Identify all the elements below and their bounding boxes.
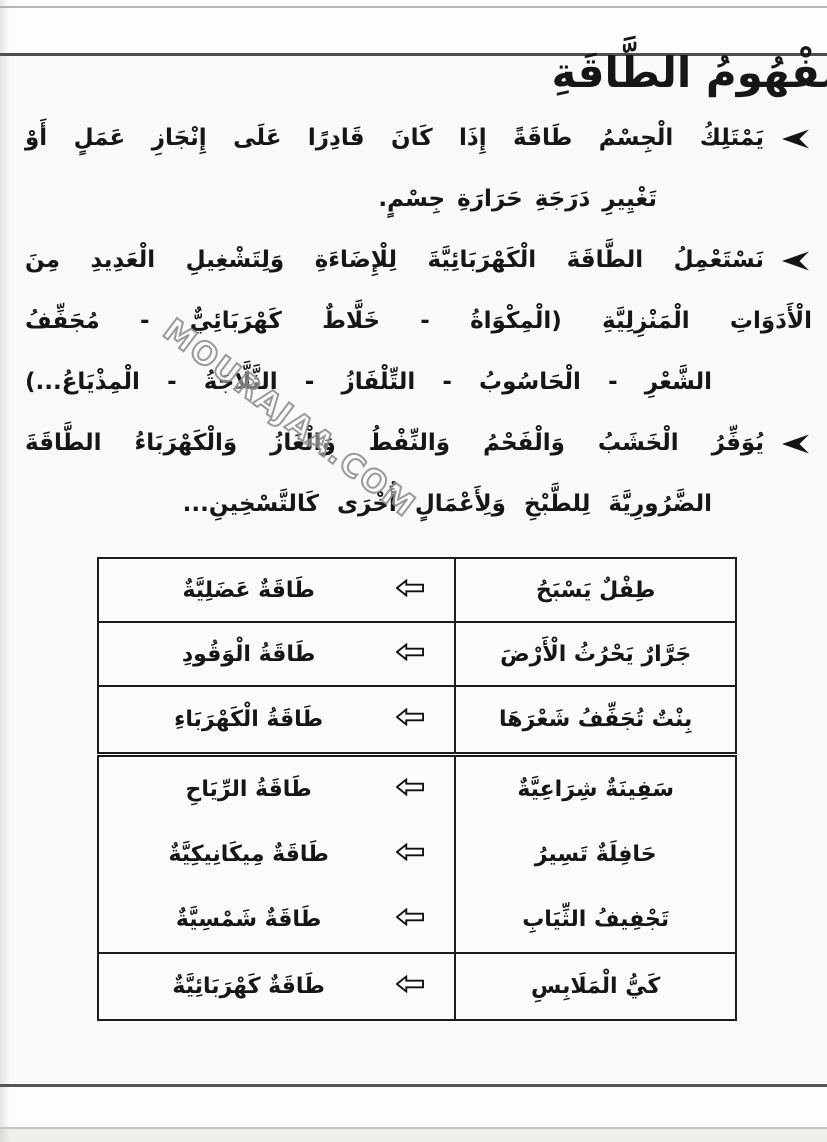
bullet-line: نَسْتَعْمِلُ الطَّاقَةَ الْكَهْرَبَائِيَ… xyxy=(25,230,812,291)
bullet-item-electric-uses: نَسْتَعْمِلُ الطَّاقَةَ الْكَهْرَبَائِيَ… xyxy=(25,230,812,413)
table-row: طِفْلٌ يَسْبَحُ طَاقَةٌ عَضَلِيَّةٌ xyxy=(98,558,736,622)
bullet-line: تَغْيِيرِ دَرَجَةِ حَرَارَةِ جِسْمٍ. xyxy=(25,169,812,230)
energy-text: طَاقَةٌ عَضَلِيَّةٌ xyxy=(109,578,388,603)
footer-rule-thick xyxy=(0,1084,827,1087)
activity-cell: كَيُّ الْمَلَابِسِ xyxy=(455,953,736,1020)
hollow-left-arrow-icon xyxy=(396,707,424,732)
bullet-item-energy-sources: يُوَفِّرُ الْخَشَبُ وَالْفَحْمُ وَالنِّف… xyxy=(25,413,812,535)
hollow-left-arrow-icon xyxy=(396,907,424,932)
arrowhead-left-icon xyxy=(782,128,810,150)
energy-cell: طَاقَةٌ كَهْرَبَائِيَّةٌ xyxy=(98,953,455,1020)
energy-cell: طَاقَةٌ عَضَلِيَّةٌ xyxy=(98,558,455,622)
bullet-item-energy-definition: يَمْتَلِكُ الْجِسْمُ طَاقَةً إِذَا كَانَ… xyxy=(25,108,812,230)
activity-cell-merged: سَفِينَةٌ شِرَاعِيَّةٌ حَافِلَةٌ تَسِيرُ… xyxy=(455,755,736,954)
document-body-text: يَمْتَلِكُ الْجِسْمُ طَاقَةً إِذَا كَانَ… xyxy=(25,108,812,535)
activity-text: حَافِلَةٌ تَسِيرُ xyxy=(456,822,735,887)
bullet-line: يَمْتَلِكُ الْجِسْمُ طَاقَةً إِذَا كَانَ… xyxy=(25,108,812,169)
activity-text: كَيُّ الْمَلَابِسِ xyxy=(456,954,735,1019)
arrowhead-left-icon xyxy=(782,250,810,272)
bullet-line: يُوَفِّرُ الْخَشَبُ وَالْفَحْمُ وَالنِّف… xyxy=(25,413,812,474)
table-row: جَرَّارٌ يَحْرُثُ الْأَرْضَ طَاقَةُ الْو… xyxy=(98,622,736,686)
bullet-line: الْأَدَوَاتِ الْمَنْزِلِيَّةِ (الْمِكْوَ… xyxy=(25,291,812,352)
page-footer-shade xyxy=(0,1129,827,1142)
hollow-left-arrow-icon xyxy=(396,642,424,667)
energy-text: طَاقَةُ الْوَقُودِ xyxy=(109,642,388,667)
page-title: مَفْهُومُ الطَّاقَةِ xyxy=(0,40,827,106)
hollow-left-arrow-icon xyxy=(396,842,424,867)
energy-text: طَاقَةُ الْكَهْرَبَاءِ xyxy=(109,707,388,732)
page-footer-band xyxy=(0,1087,827,1127)
footer-rule-thin xyxy=(0,1127,827,1129)
activity-text: سَفِينَةٌ شِرَاعِيَّةٌ xyxy=(456,757,735,822)
energy-text: طَاقَةٌ كَهْرَبَائِيَّةٌ xyxy=(109,974,388,999)
energy-text: طَاقَةٌ شَمْسِيَّةٌ xyxy=(109,907,388,932)
page-edge-shade xyxy=(0,0,10,1142)
activity-text: تَجْفِيفُ الثِّيَابِ xyxy=(456,887,735,952)
hollow-left-arrow-icon xyxy=(396,578,424,603)
bullet-line: الشَّعْرِ - الْحَاسُوبُ - التِّلْفَازُ -… xyxy=(25,352,812,413)
energy-cell: طَاقَةُ الْوَقُودِ xyxy=(98,622,455,686)
hollow-left-arrow-icon xyxy=(396,974,424,999)
activity-text: جَرَّارٌ يَحْرُثُ الْأَرْضَ xyxy=(456,623,735,685)
arrowhead-left-icon xyxy=(782,433,810,455)
activity-text: طِفْلٌ يَسْبَحُ xyxy=(456,559,735,621)
energy-cell-merged: طَاقَةُ الرِّيَاحِ طَاقَةٌ مِيكَانِيكِيَ… xyxy=(98,755,455,954)
activity-cell: بِنْتٌ تُجَفِّفُ شَعْرَهَا xyxy=(455,686,736,755)
activity-text: بِنْتٌ تُجَفِّفُ شَعْرَهَا xyxy=(456,687,735,752)
activity-cell: طِفْلٌ يَسْبَحُ xyxy=(455,558,736,622)
energy-text: طَاقَةُ الرِّيَاحِ xyxy=(109,777,388,802)
bullet-line: الضَّرُورِيَّةَ لِلطَّبْخِ وَلِأَعْمَالٍ… xyxy=(25,474,812,535)
energy-mapping-table: طِفْلٌ يَسْبَحُ طَاقَةٌ عَضَلِيَّةٌ جَرَ… xyxy=(97,557,737,1021)
header-rule-thin xyxy=(0,6,827,8)
energy-cell: طَاقَةُ الْكَهْرَبَاءِ xyxy=(98,686,455,755)
activity-cell: جَرَّارٌ يَحْرُثُ الْأَرْضَ xyxy=(455,622,736,686)
scanned-document-page: مَفْهُومُ الطَّاقَةِ MOURAJAA.COM يَمْتَ… xyxy=(0,0,827,1142)
table-row-group-merged: سَفِينَةٌ شِرَاعِيَّةٌ حَافِلَةٌ تَسِيرُ… xyxy=(98,755,736,954)
table-row: كَيُّ الْمَلَابِسِ طَاقَةٌ كَهْرَبَائِيَ… xyxy=(98,953,736,1020)
hollow-left-arrow-icon xyxy=(396,777,424,802)
table-row: بِنْتٌ تُجَفِّفُ شَعْرَهَا طَاقَةُ الْكَ… xyxy=(98,686,736,755)
energy-text: طَاقَةٌ مِيكَانِيكِيَّةٌ xyxy=(109,842,388,867)
